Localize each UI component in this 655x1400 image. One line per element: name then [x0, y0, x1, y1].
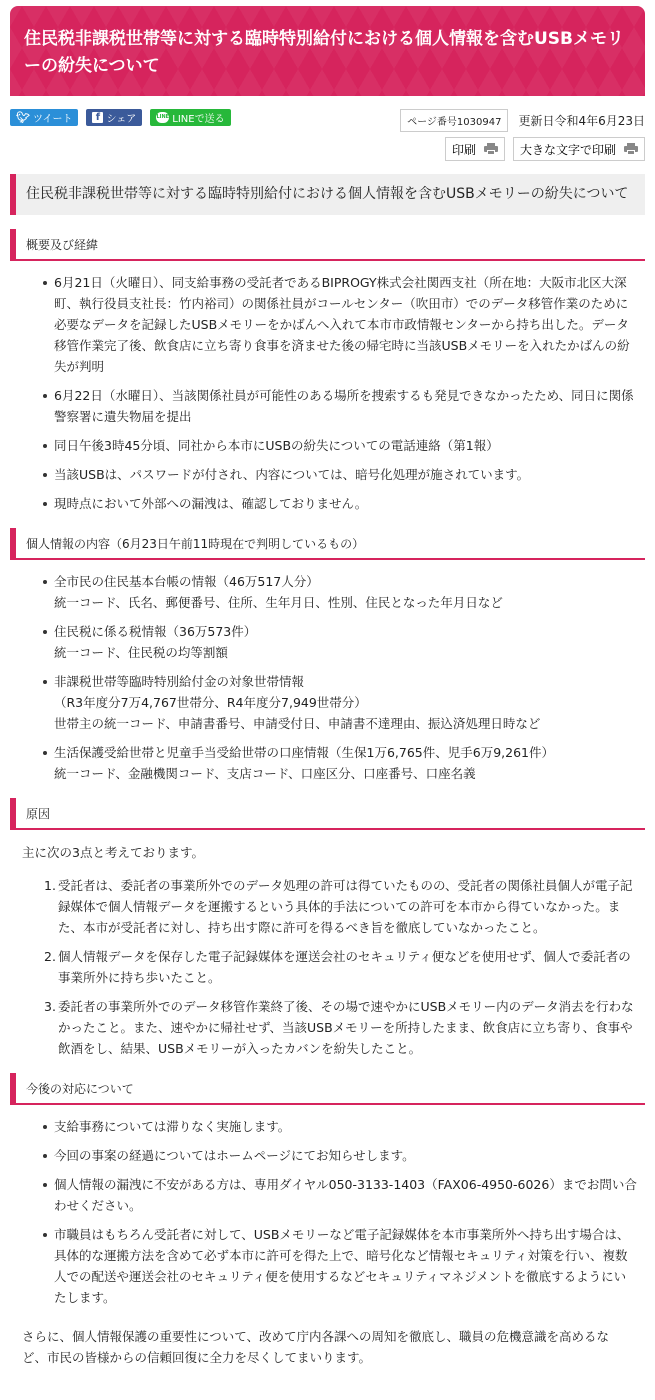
cause-intro: 主に次の3点と考えております。: [10, 842, 645, 863]
item-detail: 統一コード、氏名、郵便番号、住所、生年月日、性別、住民となった年月日など: [54, 592, 637, 613]
item-text: 個人情報データを保存した電子記録媒体を運送会社のセキュリティ便などを使用せず、個…: [58, 949, 631, 985]
section-heading-overview: 概要及び経緯: [10, 229, 645, 261]
list-item: 3. 委託者の事業所外でのデータ移管作業終了後、その場で速やかにUSBメモリー内…: [46, 996, 637, 1059]
list-item: 住民税に係る税情報（36万573件） 統一コード、住民税の均等割額: [43, 621, 637, 663]
item-title: 生活保護受給世帯と児童手当受給世帯の口座情報（生保1万6,765件、児手6万9,…: [54, 742, 637, 763]
list-item: 全市民の住民基本台帳の情報（46万517人分） 統一コード、氏名、郵便番号、住所…: [43, 571, 637, 613]
list-item: 当該USBは、パスワードが付され、内容については、暗号化処理が施されています。: [43, 464, 637, 485]
title-banner: 住民税非課税世帯等に対する臨時特別給付における個人情報を含むUSBメモリーの紛失…: [10, 6, 645, 96]
line-icon: LINE: [156, 112, 169, 123]
list-item: 6月22日（水曜日）、当該関係社員が可能性のある場所を捜索するも発見できなかった…: [43, 385, 637, 427]
section-heading-personal-info: 個人情報の内容（6月23日午前11時現在で判明しているもの）: [10, 528, 645, 560]
facebook-icon: f: [92, 112, 103, 123]
line-send-button[interactable]: LINE LINEで送る: [150, 109, 230, 126]
list-item: 今回の事案の経過についてはホームページにてお知らせします。: [43, 1145, 637, 1166]
list-item: 個人情報の漏洩に不安がある方は、専用ダイヤル050-3133-1403（FAX0…: [43, 1174, 637, 1216]
list-item: 生活保護受給世帯と児童手当受給世帯の口座情報（生保1万6,765件、児手6万9,…: [43, 742, 637, 784]
item-title: 全市民の住民基本台帳の情報（46万517人分）: [54, 571, 637, 592]
item-number: 1.: [44, 875, 56, 896]
cause-list: 1. 受託者は、委託者の事業所外でのデータ処理の許可は得ていたものの、受託者の関…: [10, 875, 645, 1059]
list-item: 支給事務については滞りなく実施します。: [43, 1116, 637, 1137]
list-item: 同日午後3時45分頃、同社から本市にUSBの紛失についての電話連絡（第1報）: [43, 435, 637, 456]
item-number: 2.: [44, 946, 56, 967]
item-text: 受託者は、委託者の事業所外でのデータ処理の許可は得ていたものの、受託者の関係社員…: [58, 878, 633, 935]
list-item: 1. 受託者は、委託者の事業所外でのデータ処理の許可は得ていたものの、受託者の関…: [46, 875, 637, 938]
tweet-button[interactable]: 🐦︎ ツイート: [10, 109, 78, 126]
print-button[interactable]: 印刷: [445, 137, 505, 161]
page-title: 住民税非課税世帯等に対する臨時特別給付における個人情報を含むUSBメモリーの紛失…: [24, 26, 631, 80]
meta-row: 🐦︎ ツイート f シェア LINE LINEで送る ページ番号1030947 …: [10, 109, 645, 161]
list-item: 現時点において外部への漏洩は、確認しておりません。: [43, 493, 637, 514]
page-meta: ページ番号1030947 更新日令和4年6月23日 印刷 大きな文字で印刷: [400, 109, 645, 161]
print-large-label: 大きな文字で印刷: [520, 141, 616, 158]
tweet-label: ツイート: [33, 110, 73, 125]
social-buttons: 🐦︎ ツイート f シェア LINE LINEで送る: [10, 109, 231, 161]
print-label: 印刷: [452, 141, 476, 158]
response-list: 支給事務については滞りなく実施します。 今回の事案の経過についてはホームページに…: [10, 1116, 645, 1308]
updated-date: 更新日令和4年6月23日: [518, 112, 645, 129]
item-text: 委託者の事業所外でのデータ移管作業終了後、その場で速やかにUSBメモリー内のデー…: [58, 999, 634, 1056]
line-label: LINEで送る: [172, 110, 224, 125]
list-item: 2. 個人情報データを保存した電子記録媒体を運送会社のセキュリティ便などを使用せ…: [46, 946, 637, 988]
printer-icon: [484, 143, 498, 155]
twitter-bird-icon: 🐦︎: [16, 111, 30, 124]
item-title: 住民税に係る税情報（36万573件）: [54, 621, 637, 642]
print-large-text-button[interactable]: 大きな文字で印刷: [513, 137, 645, 161]
page-number: ページ番号1030947: [400, 109, 508, 132]
item-detail: 世帯主の統一コード、申請書番号、申請受付日、申請書不達理由、振込済処理日時など: [54, 713, 637, 734]
overview-list: 6月21日（火曜日）、同支給事務の受託者であるBIPROGY株式会社関西支社（所…: [10, 272, 645, 514]
item-title: 非課税世帯等臨時特別給付金の対象世帯情報: [54, 671, 637, 692]
facebook-share-button[interactable]: f シェア: [86, 109, 142, 126]
content-heading: 住民税非課税世帯等に対する臨時特別給付における個人情報を含むUSBメモリーの紛失…: [10, 174, 645, 215]
share-label: シェア: [106, 110, 136, 125]
list-item: 非課税世帯等臨時特別給付金の対象世帯情報 （R3年度分7万4,767世帯分、R4…: [43, 671, 637, 734]
item-number: 3.: [44, 996, 56, 1017]
list-item: 6月21日（火曜日）、同支給事務の受託者であるBIPROGY株式会社関西支社（所…: [43, 272, 637, 377]
section-heading-cause: 原因: [10, 798, 645, 830]
personal-info-list: 全市民の住民基本台帳の情報（46万517人分） 統一コード、氏名、郵便番号、住所…: [10, 571, 645, 784]
item-detail: 統一コード、住民税の均等割額: [54, 642, 637, 663]
item-count: （R3年度分7万4,767世帯分、R4年度分7,949世帯分）: [54, 692, 637, 713]
item-detail: 統一コード、金融機関コード、支店コード、口座区分、口座番号、口座名義: [54, 763, 637, 784]
closing-paragraph: さらに、個人情報保護の重要性について、改めて庁内各課への周知を徹底し、職員の危機…: [10, 1326, 645, 1368]
page: 住民税非課税世帯等に対する臨時特別給付における個人情報を含むUSBメモリーの紛失…: [0, 6, 655, 1378]
printer-icon: [624, 143, 638, 155]
section-heading-response: 今後の対応について: [10, 1073, 645, 1105]
list-item: 市職員はもちろん受託者に対して、USBメモリーなど電子記録媒体を本市事業所外へ持…: [43, 1224, 637, 1308]
